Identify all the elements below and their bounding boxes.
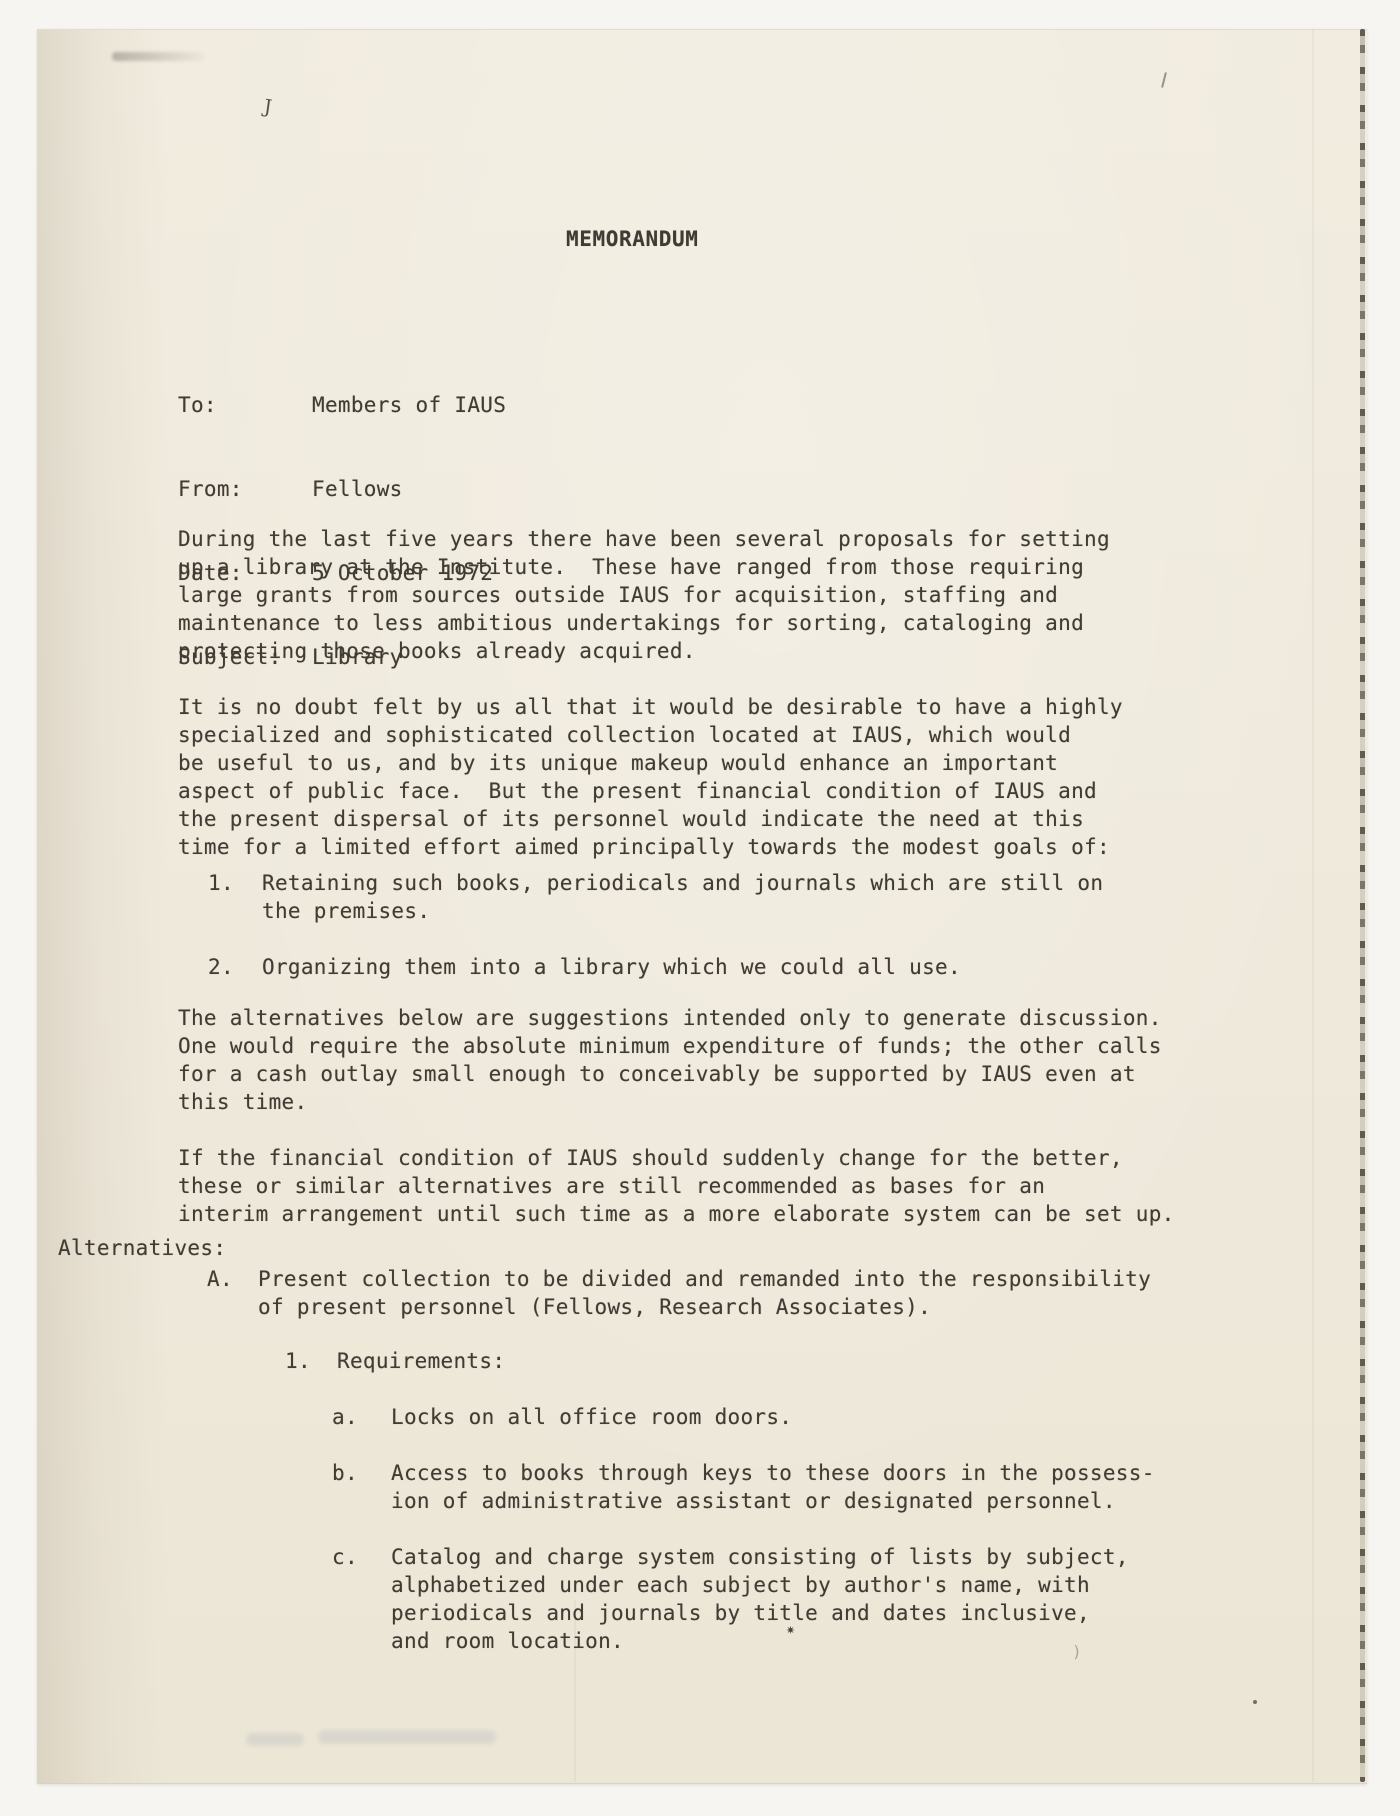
paragraph-4: If the financial condition of IAUS shoul… bbox=[178, 1144, 1175, 1228]
requirement-item-c-text: Catalog and charge system consisting of … bbox=[391, 1543, 1129, 1655]
ink-speck bbox=[1253, 1700, 1257, 1704]
requirement-item-c: c.Catalog and charge system consisting o… bbox=[332, 1543, 1129, 1655]
goal-item-1-text: Retaining such books, periodicals and jo… bbox=[262, 869, 1103, 925]
alternative-a-marker: A. bbox=[207, 1265, 258, 1321]
requirements-heading: 1.Requirements: bbox=[285, 1347, 505, 1375]
faint-paren-mark: ) bbox=[1072, 1642, 1082, 1661]
requirement-item-b-marker: b. bbox=[332, 1459, 391, 1515]
goal-item-1: 1.Retaining such books, periodicals and … bbox=[208, 869, 1103, 925]
header-row-to: To:Members of IAUS bbox=[178, 391, 506, 419]
requirement-item-b-text: Access to books through keys to these do… bbox=[391, 1459, 1155, 1515]
paper-torn-edge bbox=[1360, 29, 1365, 1782]
requirements-heading-marker: 1. bbox=[285, 1347, 337, 1375]
asterisk-ink-mark: ✷ bbox=[786, 1620, 795, 1638]
bleed-through-mark-2 bbox=[318, 1730, 496, 1744]
header-label-from: From: bbox=[178, 475, 312, 503]
requirement-item-c-marker: c. bbox=[332, 1543, 391, 1655]
header-value-to: Members of IAUS bbox=[312, 391, 506, 419]
alternative-a-text: Present collection to be divided and rem… bbox=[258, 1265, 1151, 1321]
memo-title: MEMORANDUM bbox=[566, 225, 698, 253]
goal-item-2-text: Organizing them into a library which we … bbox=[262, 953, 961, 981]
goal-item-1-marker: 1. bbox=[208, 869, 262, 925]
requirement-item-a-marker: a. bbox=[332, 1403, 391, 1431]
alternative-a: A.Present collection to be divided and r… bbox=[207, 1265, 1151, 1321]
alternatives-heading: Alternatives: bbox=[58, 1234, 226, 1262]
header-value-from: Fellows bbox=[312, 475, 403, 503]
bleed-through-mark-1 bbox=[246, 1733, 304, 1746]
paragraph-2: It is no doubt felt by us all that it wo… bbox=[178, 693, 1123, 861]
paragraph-3: The alternatives below are suggestions i… bbox=[178, 1004, 1162, 1116]
paragraph-1: During the last five years there have be… bbox=[178, 525, 1110, 665]
goal-item-2: 2.Organizing them into a library which w… bbox=[208, 953, 961, 981]
scan-crease-right bbox=[1312, 29, 1314, 1782]
requirement-item-a-text: Locks on all office room doors. bbox=[391, 1403, 792, 1431]
pencil-smudge-mark bbox=[112, 52, 204, 61]
header-label-to: To: bbox=[178, 391, 312, 419]
scanned-memo-page: MEMORANDUM To:Members of IAUS From:Fello… bbox=[0, 0, 1400, 1816]
goal-item-2-marker: 2. bbox=[208, 953, 262, 981]
header-row-from: From:Fellows bbox=[178, 475, 506, 503]
requirement-item-b: b.Access to books through keys to these … bbox=[332, 1459, 1155, 1515]
requirement-item-a: a.Locks on all office room doors. bbox=[332, 1403, 792, 1431]
requirements-heading-label: Requirements: bbox=[337, 1347, 505, 1375]
